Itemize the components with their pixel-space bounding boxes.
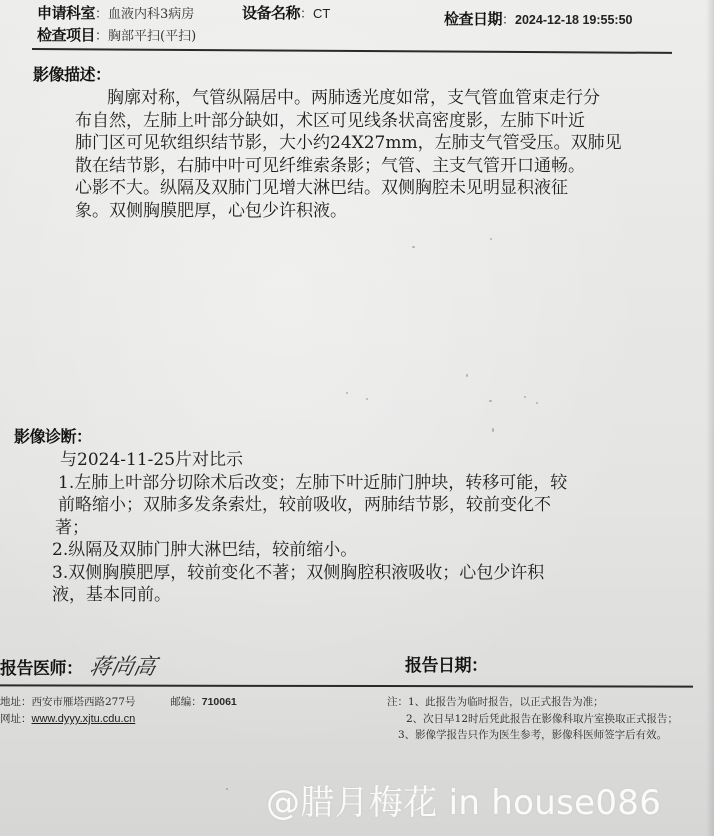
website-line: 网址：www.dyyy.xjtu.cdu.cn <box>0 711 135 726</box>
exam-item-field: 检查项目：胸部平扫(平扫) <box>37 24 196 45</box>
diagnosis-line: 与2024-11-25片对比示 <box>52 449 567 472</box>
diagnosis-line: 1.左肺上叶部分切除术后改变；左肺下叶近肺门肿块，转移可能，较 <box>52 472 567 495</box>
description-line: 象。双侧胸膜肥厚，心包少许积液。 <box>75 200 622 223</box>
doctor-signature: 蒋尚高 <box>86 650 159 681</box>
note-item: 1、此报告为临时报告，以正式报告为准； <box>408 696 604 708</box>
department-value: 血液内科3病房 <box>108 7 194 22</box>
exam-date-separator: ： <box>502 13 515 28</box>
note-item: 3、影像学报告只作为医生参考，影像科医师签字后有效。 <box>398 729 667 741</box>
notes-label: 注： <box>387 696 408 708</box>
watermark: @腊月梅花 in house086 <box>266 775 661 824</box>
website-label: 网址： <box>0 713 32 725</box>
department-label: 申请科室 <box>37 4 95 22</box>
header-divider <box>32 48 672 54</box>
note-line-1: 注：1、此报告为临时报告，以正式报告为准； <box>387 694 604 709</box>
diagnosis-body: 与2024-11-25片对比示 1.左肺上叶部分切除术后改变；左肺下叶近肺门肿块… <box>52 449 567 607</box>
note-line-3: 3、影像学报告只作为医生参考，影像科医师签字后有效。 <box>398 727 667 742</box>
doctor-label: 报告医师： <box>0 659 83 679</box>
diagnosis-line: 著； <box>52 517 567 540</box>
exam-item-label: 检查项目 <box>37 26 95 44</box>
address-label: 地址： <box>0 696 32 708</box>
note-item: 2、次日早12时后凭此报告在影像科取片室换取正式报告； <box>406 713 678 725</box>
address-value: 西安市雁塔西路277号 <box>32 696 136 708</box>
exam-date-field: 检查日期：2024-12-18 19:55:50 <box>444 8 632 29</box>
device-value: CT <box>313 6 330 21</box>
diagnosis-line: 3.双侧胸膜肥厚，较前变化不著；双侧胸腔积液吸收；心包少许积 <box>52 562 567 585</box>
description-line: 胸廓对称，气管纵隔居中。两肺透光度如常，支气管血管束走行分 <box>75 87 622 110</box>
diagnosis-line: 2.纵隔及双肺门肿大淋巴结，较前缩小。 <box>52 539 567 562</box>
device-label: 设备名称 <box>242 4 300 22</box>
report-date-label: 报告日期： <box>405 651 488 676</box>
footer-divider <box>0 684 693 687</box>
diagnosis-title: 影像诊断： <box>14 424 92 447</box>
description-title: 影像描述： <box>33 62 111 85</box>
doctor-field: 报告医师： 蒋尚高 <box>0 650 156 681</box>
department-separator: ： <box>95 7 108 22</box>
department-field: 申请科室：血液内科3病房 <box>37 2 194 23</box>
exam-date-label: 检查日期 <box>444 10 502 28</box>
note-line-2: 2、次日早12时后凭此报告在影像科取片室换取正式报告； <box>406 711 678 726</box>
exam-item-separator: ： <box>95 29 108 44</box>
exam-item-value: 胸部平扫(平扫) <box>108 29 196 44</box>
diagnosis-line: 液，基本同前。 <box>52 584 567 607</box>
website-link[interactable]: www.dyyy.xjtu.cdu.cn <box>32 713 136 725</box>
diagnosis-line: 前略缩小；双肺多发条索灶，较前吸收，两肺结节影，较前变化不 <box>52 494 567 517</box>
description-line: 心影不大。纵隔及双肺门见增大淋巴结。双侧胸腔未见明显积液征 <box>75 177 622 200</box>
postcode-value: 710061 <box>202 696 237 708</box>
device-separator: ： <box>300 7 313 22</box>
exam-date-value: 2024-12-18 19:55:50 <box>515 13 632 27</box>
description-body: 胸廓对称，气管纵隔居中。两肺透光度如常，支气管血管束走行分 布自然，左肺上叶部分… <box>75 87 622 222</box>
paper-edge-shadow <box>706 0 714 836</box>
description-line: 布自然，左肺上叶部分缺如，术区可见线条状高密度影，左肺下叶近 <box>75 110 622 133</box>
postcode-label: 邮编： <box>170 696 202 708</box>
device-field: 设备名称：CT <box>242 2 330 23</box>
description-line: 肺门区可见软组织结节影，大小约24X27mm，左肺支气管受压。双肺见 <box>75 132 622 155</box>
description-line: 散在结节影，右肺中叶可见纤维索条影；气管、主支气管开口通畅。 <box>75 155 622 178</box>
address-line: 地址：西安市雁塔西路277号 邮编：710061 <box>0 694 237 709</box>
